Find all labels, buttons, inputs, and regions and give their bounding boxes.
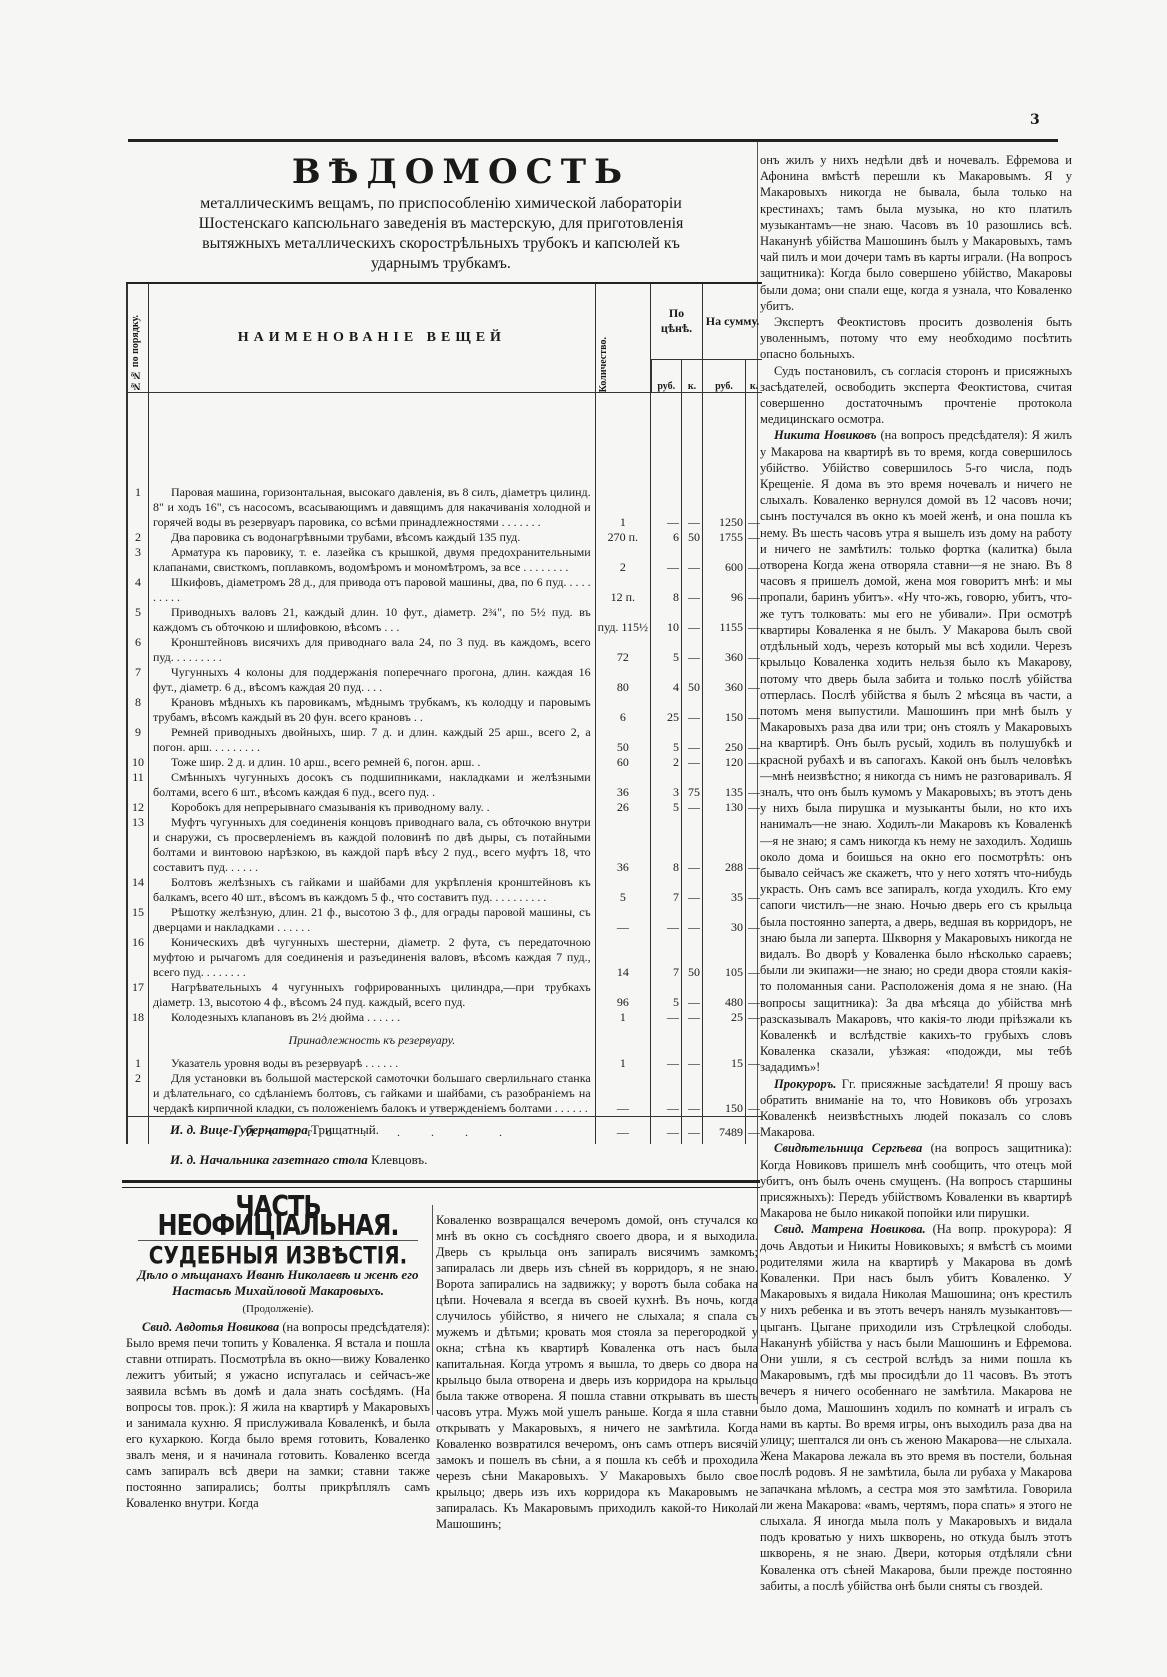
price-rub: 8 bbox=[651, 575, 682, 605]
sum-rub: 105 bbox=[703, 935, 746, 980]
price-rub: 3 bbox=[651, 770, 682, 800]
item-quantity: 1 bbox=[595, 1056, 650, 1071]
sum-rub: 1250 bbox=[703, 485, 746, 530]
sum-rub: 15 bbox=[703, 1056, 746, 1071]
sum-rub: 360 bbox=[703, 635, 746, 665]
section-title: Принадлежность къ резервуару. bbox=[149, 1025, 596, 1056]
item-name: Два паровика съ водонагрѣвными трубами, … bbox=[149, 530, 596, 545]
price-kop: 50 bbox=[682, 530, 703, 545]
price-kop: — bbox=[682, 1117, 703, 1145]
price-rub: 5 bbox=[651, 800, 682, 815]
right-column: онъ жилъ у нихъ недѣли двѣ и ночевалъ. Е… bbox=[760, 152, 1072, 1594]
inventory-table: №№ по порядку. НАИМЕНОВАНІЕ ВЕЩЕЙ Количе… bbox=[126, 282, 762, 1144]
row-number: 11 bbox=[127, 770, 149, 800]
row-number: 13 bbox=[127, 815, 149, 875]
item-quantity: 2 bbox=[595, 545, 650, 575]
sum-rub: 1155 bbox=[703, 605, 746, 635]
price-kop: — bbox=[682, 755, 703, 770]
item-name: Указатель уровня воды въ резервуарѣ . . … bbox=[149, 1056, 596, 1071]
row-number: 18 bbox=[127, 1010, 149, 1025]
item-quantity: — bbox=[595, 905, 650, 935]
row-number: 10 bbox=[127, 755, 149, 770]
speaker-name: Прокуроръ. bbox=[774, 1077, 842, 1091]
signature-gazette-chief: И. д. Начальника газетнаго стола Клевцов… bbox=[170, 1152, 427, 1168]
page-number: 3 bbox=[1030, 112, 1040, 128]
item-quantity: 60 bbox=[595, 755, 650, 770]
item-name: Болтовъ желѣзныхъ съ гайками и шайбами д… bbox=[149, 875, 596, 905]
item-quantity: 6 bbox=[595, 695, 650, 725]
price-kop: 75 bbox=[682, 770, 703, 800]
sum-rub: 150 bbox=[703, 695, 746, 725]
price-kop: — bbox=[682, 1071, 703, 1117]
testimony-paragraph: онъ жилъ у нихъ недѣли двѣ и ночевалъ. Е… bbox=[760, 152, 1072, 314]
testimony-text: (на вопросы предсѣдателя): Было время пе… bbox=[126, 1320, 430, 1510]
price-kop: — bbox=[682, 815, 703, 875]
price-rub: — bbox=[651, 1056, 682, 1071]
item-quantity: 72 bbox=[595, 635, 650, 665]
item-name: Кронштейновъ висячихъ для приводнаго вал… bbox=[149, 635, 596, 665]
court-news-heading: СУДЕБНЫЯ ИЗВѢСТІЯ. bbox=[126, 1245, 430, 1264]
price-kop: — bbox=[682, 485, 703, 530]
row-number: 15 bbox=[127, 905, 149, 935]
sum-rub: 30 bbox=[703, 905, 746, 935]
sum-rub: 1755 bbox=[703, 530, 746, 545]
testimony-paragraph: Судъ постановилъ, съ согласія сторонъ и … bbox=[760, 363, 1072, 428]
subtitle-line: металлическимъ вещамъ, по приспособленію… bbox=[126, 194, 756, 214]
subtitle-line: вытяжныхъ металлическихъ скорострѣльныхъ… bbox=[126, 234, 756, 254]
header-price-kop: к. bbox=[682, 359, 703, 392]
price-kop: 50 bbox=[682, 665, 703, 695]
testimony-paragraph: Экспертъ Феоктистовъ проситъ дозволенія … bbox=[760, 314, 1072, 363]
price-kop: — bbox=[682, 605, 703, 635]
item-quantity: 50 bbox=[595, 725, 650, 755]
price-rub: 5 bbox=[651, 635, 682, 665]
price-rub: 7 bbox=[651, 875, 682, 905]
row-number: 14 bbox=[127, 875, 149, 905]
table-row: 3Арматура къ паровику, т. е. лазейка съ … bbox=[127, 545, 762, 575]
vedomost-subtitle: металлическимъ вещамъ, по приспособленію… bbox=[126, 194, 756, 274]
table-row: 6Кронштейновъ висячихъ для приводнаго ва… bbox=[127, 635, 762, 665]
item-quantity: 14 bbox=[595, 935, 650, 980]
item-name: Рѣшотку желѣзную, длин. 21 ф., высотою 3… bbox=[149, 905, 596, 935]
header-sum-rub: руб. bbox=[703, 359, 746, 392]
table-row: 17Нагрѣвательныхъ 4 чугунныхъ гофрирован… bbox=[127, 980, 762, 1010]
row-number: 1 bbox=[127, 485, 149, 530]
sum-rub: 96 bbox=[703, 575, 746, 605]
row-number: 12 bbox=[127, 800, 149, 815]
price-rub: — bbox=[651, 545, 682, 575]
unofficial-middle-column: Коваленко возвращался вечеромъ домой, он… bbox=[436, 1212, 758, 1532]
header-name: НАИМЕНОВАНІЕ ВЕЩЕЙ bbox=[149, 284, 596, 393]
price-rub: — bbox=[651, 1010, 682, 1025]
sum-rub: 7489 bbox=[703, 1117, 746, 1145]
item-name: Шкифовъ, діаметромъ 28 д., для привода о… bbox=[149, 575, 596, 605]
table-row: 5Приводныхъ валовъ 21, каждый длин. 10 ф… bbox=[127, 605, 762, 635]
item-quantity: 36 bbox=[595, 815, 650, 875]
signature-role: И. д. Вице-Губернатора bbox=[170, 1122, 308, 1137]
item-name: Приводныхъ валовъ 21, каждый длин. 10 фу… bbox=[149, 605, 596, 635]
price-rub: 2 bbox=[651, 755, 682, 770]
testimony-paragraph: Свид. Матрена Новикова. (На вопр. прокур… bbox=[760, 1221, 1072, 1594]
item-name: Арматура къ паровику, т. е. лазейка съ к… bbox=[149, 545, 596, 575]
price-kop: — bbox=[682, 695, 703, 725]
signature-name: Клевцовъ. bbox=[371, 1152, 427, 1167]
row-number: 8 bbox=[127, 695, 149, 725]
row-number: 2 bbox=[127, 530, 149, 545]
column-divider-lower bbox=[432, 1205, 433, 1415]
item-quantity: 96 bbox=[595, 980, 650, 1010]
row-number: 7 bbox=[127, 665, 149, 695]
table-row: 1Паровая машина, горизонтальная, высокаг… bbox=[127, 485, 762, 530]
header-sum: На сумму. bbox=[703, 284, 763, 359]
continuation-note: (Продолженіе). bbox=[126, 1301, 430, 1317]
item-name: Муфтъ чугунныхъ для соединенія концовъ п… bbox=[149, 815, 596, 875]
table-row: 14Болтовъ желѣзныхъ съ гайками и шайбами… bbox=[127, 875, 762, 905]
speaker-name: Никита Новиковъ bbox=[774, 428, 881, 442]
item-name: Для установки въ большой мастерской само… bbox=[149, 1071, 596, 1117]
item-name: Чугунныхъ 4 колоны для поддержанія попер… bbox=[149, 665, 596, 695]
item-quantity: 12 п. bbox=[595, 575, 650, 605]
price-rub: — bbox=[651, 1117, 682, 1145]
sum-rub: 288 bbox=[703, 815, 746, 875]
table-row: 4Шкифовъ, діаметромъ 28 д., для привода … bbox=[127, 575, 762, 605]
table-row: 15Рѣшотку желѣзную, длин. 21 ф., высотою… bbox=[127, 905, 762, 935]
price-kop: — bbox=[682, 980, 703, 1010]
header-price: По цѣнѣ. bbox=[651, 284, 703, 359]
table-row: 2Два паровика съ водонагрѣвными трубами,… bbox=[127, 530, 762, 545]
table-row: 2Для установки въ большой мастерской сам… bbox=[127, 1071, 762, 1117]
table-body: 1Паровая машина, горизонтальная, высокаг… bbox=[127, 393, 762, 1145]
price-rub: — bbox=[651, 905, 682, 935]
item-name: Крановъ мѣдныхъ къ паровикамъ, мѣднымъ т… bbox=[149, 695, 596, 725]
table-row: 1Указатель уровня воды въ резервуарѣ . .… bbox=[127, 1056, 762, 1071]
item-quantity: — bbox=[595, 1117, 650, 1145]
item-name: Нагрѣвательныхъ 4 чугунныхъ гофрированны… bbox=[149, 980, 596, 1010]
price-rub: 7 bbox=[651, 935, 682, 980]
row-number: 17 bbox=[127, 980, 149, 1010]
table-row: 7Чугунныхъ 4 колоны для поддержанія попе… bbox=[127, 665, 762, 695]
price-kop: — bbox=[682, 575, 703, 605]
testimony-paragraph: Свидѣтельница Сергѣева (на вопросъ защит… bbox=[760, 1140, 1072, 1221]
testimony-text: Судъ постановилъ, съ согласія сторонъ и … bbox=[760, 364, 1072, 427]
row-number: 5 bbox=[127, 605, 149, 635]
testimony-text: (На вопр. прокурора): Я дочь Авдотьи и Н… bbox=[760, 1222, 1072, 1592]
case-title: Дѣло о мѣщанахъ Иванѣ Николаевѣ и женѣ е… bbox=[126, 1267, 430, 1299]
row-number: 16 bbox=[127, 935, 149, 980]
price-kop: — bbox=[682, 725, 703, 755]
item-quantity: 1 bbox=[595, 485, 650, 530]
speaker-name: Свидѣтельница Сергѣева bbox=[774, 1141, 931, 1155]
subtitle-line: Шостенскаго капсюльнаго заведенія въ мас… bbox=[126, 214, 756, 234]
item-quantity: пуд. 115½ bbox=[595, 605, 650, 635]
sum-rub: 130 bbox=[703, 800, 746, 815]
item-name: Коническихъ двѣ чугунныхъ шестерни, діам… bbox=[149, 935, 596, 980]
table-row: 10Тоже шир. 2 д. и длин. 10 арш., всего … bbox=[127, 755, 762, 770]
subtitle-line: ударнымъ трубкамъ. bbox=[126, 254, 756, 274]
sum-rub: 480 bbox=[703, 980, 746, 1010]
item-quantity: — bbox=[595, 1071, 650, 1117]
signature-vice-governor: И. д. Вице-Губернатора Трищатный. bbox=[170, 1122, 379, 1138]
sum-rub: 250 bbox=[703, 725, 746, 755]
price-kop: — bbox=[682, 635, 703, 665]
table-row: 13Муфтъ чугунныхъ для соединенія концовъ… bbox=[127, 815, 762, 875]
price-kop: — bbox=[682, 905, 703, 935]
header-quantity: Количество. bbox=[595, 284, 650, 393]
row-number: 9 bbox=[127, 725, 149, 755]
header-number: №№ по порядку. bbox=[127, 284, 149, 393]
item-name: Паровая машина, горизонтальная, высокаго… bbox=[149, 485, 596, 530]
header-price-rub: руб. bbox=[651, 359, 682, 392]
price-kop: — bbox=[682, 800, 703, 815]
item-quantity: 26 bbox=[595, 800, 650, 815]
price-rub: 25 bbox=[651, 695, 682, 725]
item-name: Тоже шир. 2 д. и длин. 10 арш., всего ре… bbox=[149, 755, 596, 770]
testimony-paragraph: Прокуроръ. Гг. присяжные засѣдатели! Я п… bbox=[760, 1076, 1072, 1141]
vedomost-title: ВѢДОМОСТЬ bbox=[166, 152, 756, 192]
testimony-paragraph: Свид. Авдотья Новикова (на вопросы предс… bbox=[126, 1319, 430, 1511]
row-number: 2 bbox=[127, 1071, 149, 1117]
price-rub: 6 bbox=[651, 530, 682, 545]
testimony-text: онъ жилъ у нихъ недѣли двѣ и ночевалъ. Е… bbox=[760, 153, 1072, 313]
testimony-text: (на вопросъ предсѣдателя): Я жилъ у Мака… bbox=[760, 428, 1072, 1074]
row-number: 4 bbox=[127, 575, 149, 605]
speaker-name: Свид. Матрена Новикова. bbox=[774, 1222, 933, 1236]
item-quantity: 5 bbox=[595, 875, 650, 905]
table-row: 16Коническихъ двѣ чугунныхъ шестерни, ді… bbox=[127, 935, 762, 980]
item-name: Ремней приводныхъ двойныхъ, шир. 7 д. и … bbox=[149, 725, 596, 755]
row-number bbox=[127, 1117, 149, 1145]
signature-name: Трищатный. bbox=[311, 1122, 379, 1137]
row-number: 1 bbox=[127, 1056, 149, 1071]
sum-rub: 360 bbox=[703, 665, 746, 695]
row-number: 3 bbox=[127, 545, 149, 575]
price-rub: 8 bbox=[651, 815, 682, 875]
item-name: Коробокъ для непрерывнаго смазыванія къ … bbox=[149, 800, 596, 815]
vedomost-header: ВѢДОМОСТЬ металлическимъ вещамъ, по прис… bbox=[126, 148, 756, 274]
price-rub: — bbox=[651, 485, 682, 530]
sum-rub: 135 bbox=[703, 770, 746, 800]
price-rub: 5 bbox=[651, 980, 682, 1010]
sum-rub: 25 bbox=[703, 1010, 746, 1025]
item-quantity: 270 п. bbox=[595, 530, 650, 545]
sum-rub: 35 bbox=[703, 875, 746, 905]
item-name: Колодезныхъ клапановъ въ 2½ дюйма . . . … bbox=[149, 1010, 596, 1025]
testimony-paragraph: Никита Новиковъ (на вопросъ предсѣдателя… bbox=[760, 427, 1072, 1075]
price-rub: 5 bbox=[651, 725, 682, 755]
price-kop: — bbox=[682, 545, 703, 575]
item-name: Смѣнныхъ чугунныхъ досокъ съ подшипникам… bbox=[149, 770, 596, 800]
section-row: Принадлежность къ резервуару. bbox=[127, 1025, 762, 1056]
testimony-text: Экспертъ Феоктистовъ проситъ дозволенія … bbox=[760, 315, 1072, 361]
top-rule bbox=[128, 139, 1058, 142]
speaker-name: Свид. Авдотья Новикова bbox=[142, 1320, 279, 1334]
table-row: 18Колодезныхъ клапановъ въ 2½ дюйма . . … bbox=[127, 1010, 762, 1025]
price-rub: 4 bbox=[651, 665, 682, 695]
sum-rub: 150 bbox=[703, 1071, 746, 1117]
item-quantity: 80 bbox=[595, 665, 650, 695]
item-quantity: 1 bbox=[595, 1010, 650, 1025]
item-quantity: 36 bbox=[595, 770, 650, 800]
signature-role: И. д. Начальника газетнаго стола bbox=[170, 1152, 368, 1167]
sum-rub: 600 bbox=[703, 545, 746, 575]
section-divider bbox=[122, 1180, 760, 1188]
price-rub: — bbox=[651, 1071, 682, 1117]
price-kop: — bbox=[682, 875, 703, 905]
sum-rub: 120 bbox=[703, 755, 746, 770]
table-row: 11Смѣнныхъ чугунныхъ досокъ съ подшипник… bbox=[127, 770, 762, 800]
price-kop: — bbox=[682, 1010, 703, 1025]
table-row: 8Крановъ мѣдныхъ къ паровикамъ, мѣднымъ … bbox=[127, 695, 762, 725]
unofficial-left-column: ЧАСТЬ НЕОФИЦІАЛЬНАЯ. СУДЕБНЫЯ ИЗВѢСТІЯ. … bbox=[126, 1190, 430, 1511]
price-kop: 50 bbox=[682, 935, 703, 980]
price-rub: 10 bbox=[651, 605, 682, 635]
price-kop: — bbox=[682, 1056, 703, 1071]
table-row: 9Ремней приводныхъ двойныхъ, шир. 7 д. и… bbox=[127, 725, 762, 755]
row-number: 6 bbox=[127, 635, 149, 665]
table-row: 12Коробокъ для непрерывнаго смазыванія к… bbox=[127, 800, 762, 815]
unofficial-heading: ЧАСТЬ НЕОФИЦІАЛЬНАЯ. bbox=[126, 1197, 430, 1235]
